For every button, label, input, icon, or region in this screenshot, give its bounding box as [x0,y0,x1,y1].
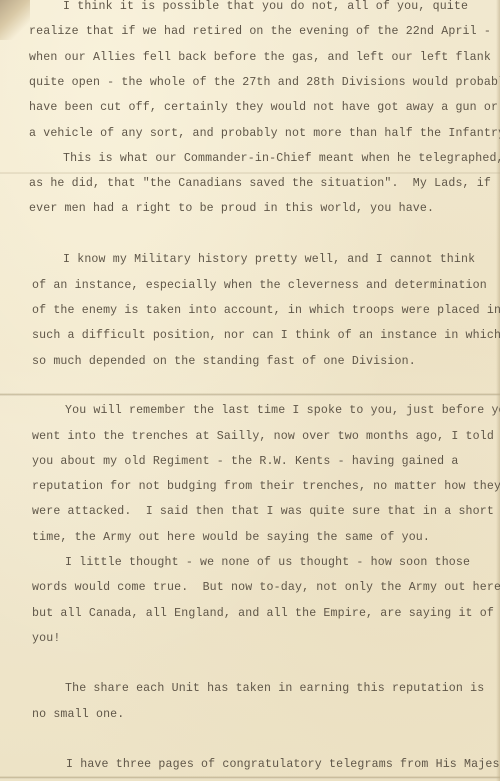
text-line: I have three pages of congratulatory tel… [66,758,500,772]
page-edge [496,0,500,781]
paper-fold-line [0,172,500,174]
page-corner-shadow [0,0,30,40]
text-line: I little thought - we none of us thought… [65,556,470,570]
text-line: time, the Army out here would be saying … [32,531,430,545]
text-line: of the enemy is taken into account, in w… [32,304,500,318]
document-page: I think it is possible that you do not, … [0,0,500,781]
text-line: realize that if we had retired on the ev… [29,25,491,39]
text-line: no small one. [32,708,124,722]
text-line: but all Canada, all England, and all the… [32,607,494,621]
text-line: I know my Military history pretty well, … [63,253,475,267]
text-line: You will remember the last time I spoke … [65,404,500,418]
text-line: quite open - the whole of the 27th and 2… [29,76,500,90]
text-line: I think it is possible that you do not, … [63,0,468,14]
paper-fold-line [0,776,500,779]
text-line: of an instance, especially when the clev… [32,279,487,293]
text-line: so much depended on the standing fast of… [32,355,416,369]
text-line: This is what our Commander-in-Chief mean… [63,152,500,166]
text-line: you! [32,632,60,646]
text-line: such a difficult position, nor can I thi… [32,329,500,343]
text-line: a vehicle of any sort, and probably not … [29,127,500,141]
text-line: ever men had a right to be proud in this… [29,202,434,216]
text-line: The share each Unit has taken in earning… [65,682,484,696]
paper-fold-line [0,393,500,396]
text-line: words would come true. But now to-day, n… [32,581,500,595]
text-line: you about my old Regiment - the R.W. Ken… [32,455,458,469]
text-line: reputation for not budging from their tr… [32,480,500,494]
text-line: went into the trenches at Sailly, now ov… [32,430,494,444]
text-line: have been cut off, certainly they would … [29,101,498,115]
text-line: as he did, that "the Canadians saved the… [29,177,491,191]
text-line: when our Allies fell back before the gas… [29,51,491,65]
text-line: were attacked. I said then that I was qu… [32,505,494,519]
